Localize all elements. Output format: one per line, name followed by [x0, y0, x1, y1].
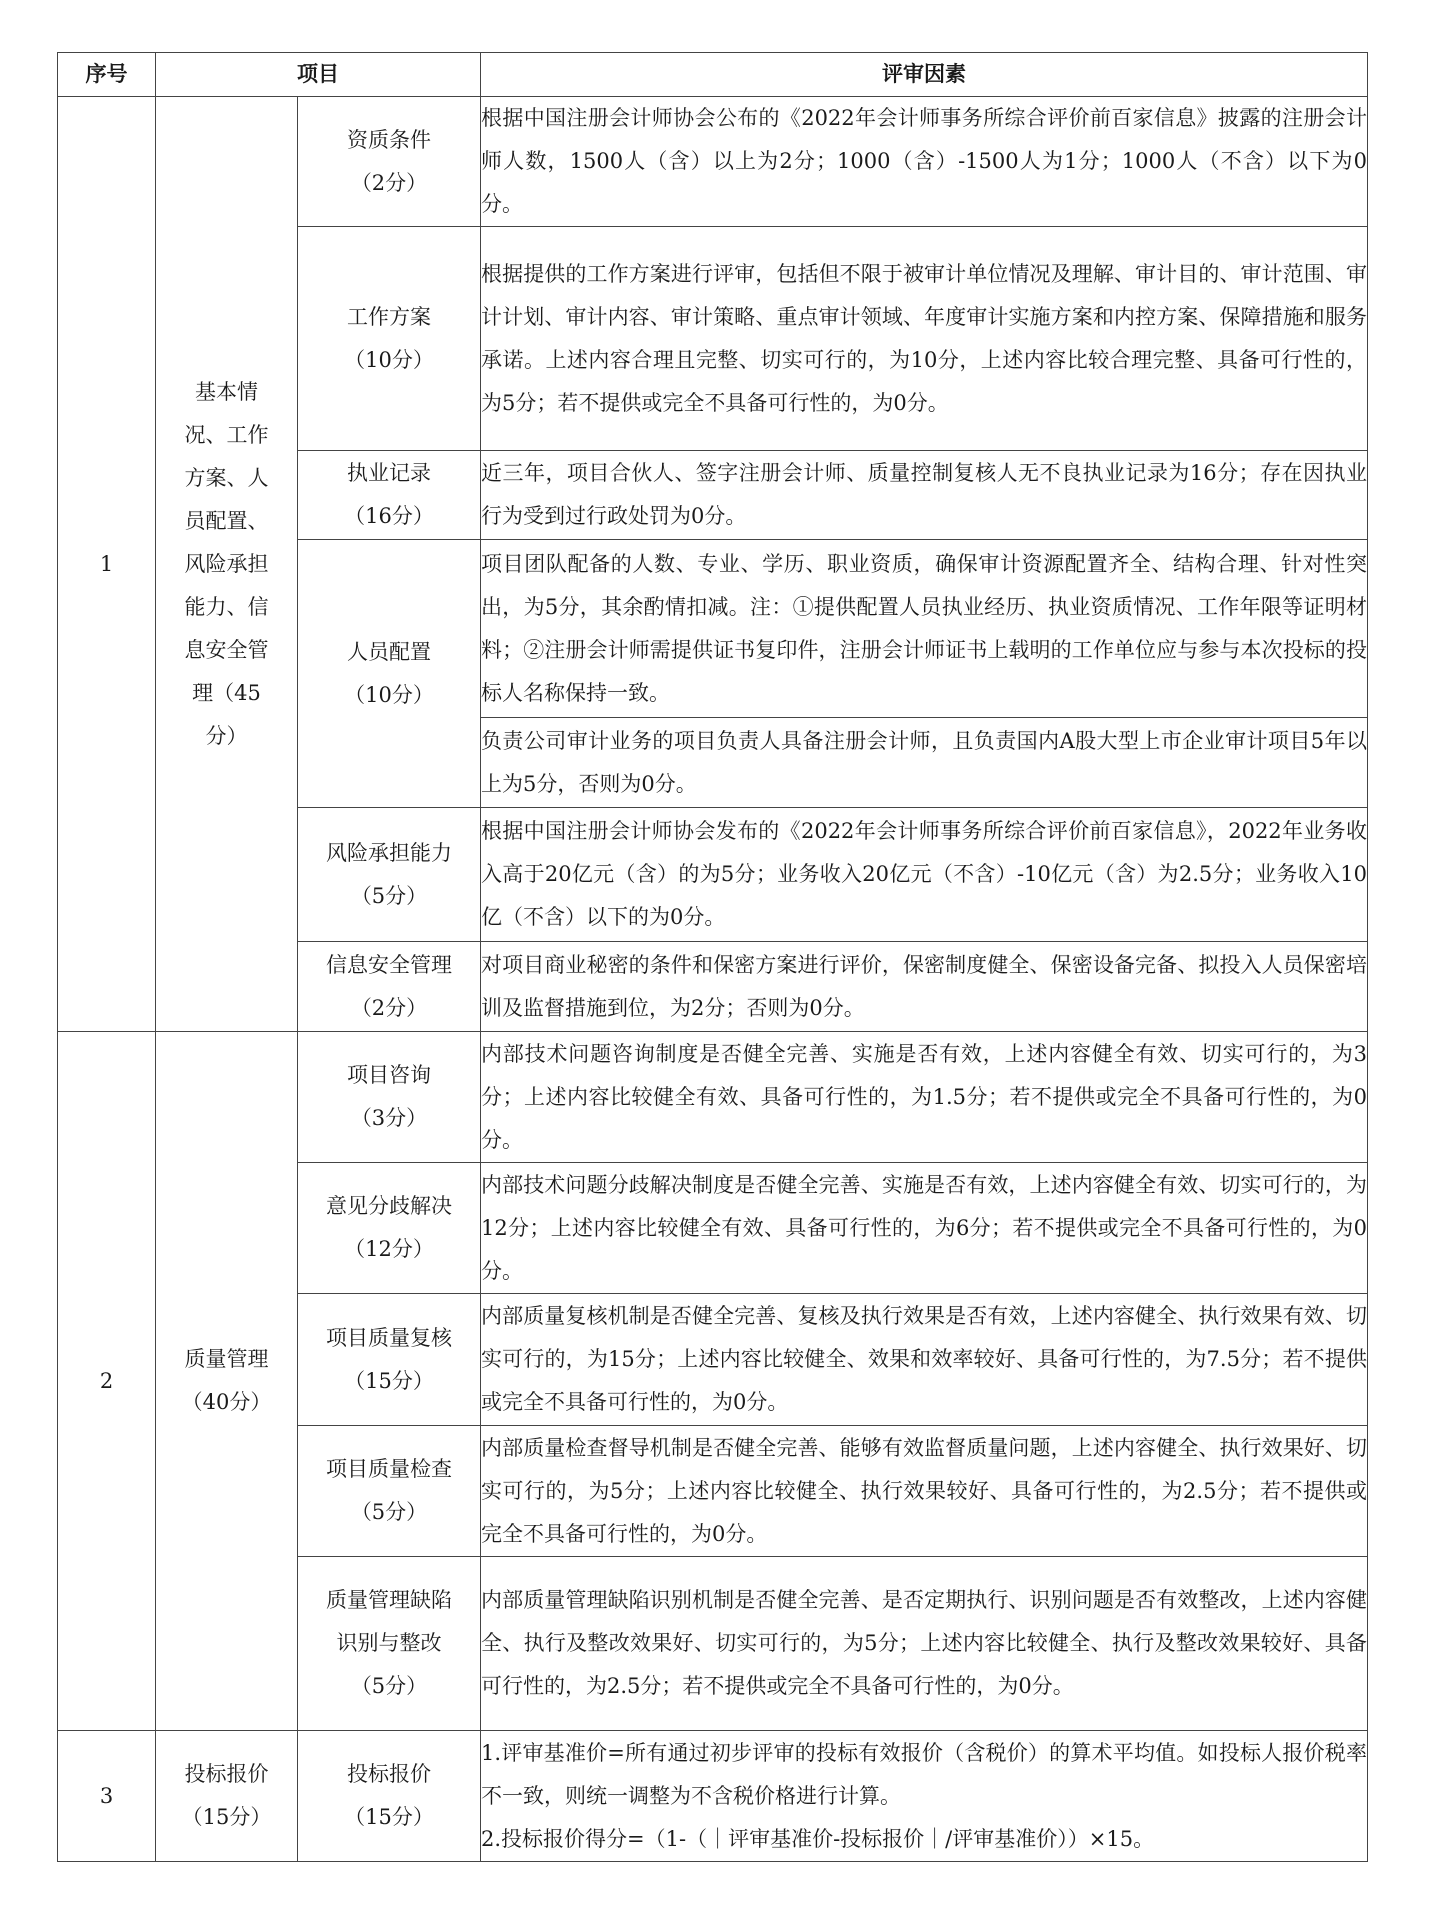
table-row: 3 投标报价 （15分） 投标报价（15分） 1.评审基准价=所有通过初步评审的… [58, 1731, 1368, 1862]
item-name: 项目质量复核（15分） [298, 1294, 481, 1426]
item-name: 风险承担能力（5分） [298, 808, 481, 942]
item-criteria: 内部质量复核机制是否健全完善、复核及执行效果是否有效，上述内容健全、执行效果有效… [481, 1294, 1368, 1426]
group-category: 质量管理 （40分） [156, 1032, 298, 1731]
item-criteria: 对项目商业秘密的条件和保密方案进行评价，保密制度健全、保密设备完备、拟投入人员保… [481, 942, 1368, 1032]
item-name: 项目质量检查（5分） [298, 1426, 481, 1557]
item-criteria: 负责公司审计业务的项目负责人具备注册会计师，且负责国内A股大型上市企业审计项目5… [481, 718, 1368, 808]
item-name: 执业记录（16分） [298, 451, 481, 540]
table-row: 2 质量管理 （40分） 项目咨询（3分） 内部技术问题咨询制度是否健全完善、实… [58, 1032, 1368, 1163]
item-name: 工作方案（10分） [298, 227, 481, 451]
item-name: 信息安全管理（2分） [298, 942, 481, 1032]
item-criteria: 内部技术问题分歧解决制度是否健全完善、实施是否有效，上述内容健全有效、切实可行的… [481, 1163, 1368, 1294]
item-criteria: 根据提供的工作方案进行评审，包括但不限于被审计单位情况及理解、审计目的、审计范围… [481, 227, 1368, 451]
item-criteria: 近三年，项目合伙人、签字注册会计师、质量控制复核人无不良执业记录为16分；存在因… [481, 451, 1368, 540]
group-category: 基本情 况、工作 方案、人 员配置、 风险承担 能力、信 息安全管 理（45 分… [156, 97, 298, 1032]
table-row: 1 基本情 况、工作 方案、人 员配置、 风险承担 能力、信 息安全管 理（45… [58, 97, 1368, 227]
header-item: 项目 [156, 53, 481, 97]
group-number: 3 [58, 1731, 156, 1862]
item-criteria: 内部质量管理缺陷识别机制是否健全完善、是否定期执行、识别问题是否有效整改，上述内… [481, 1557, 1368, 1731]
group-number: 2 [58, 1032, 156, 1731]
header-no: 序号 [58, 53, 156, 97]
item-criteria: 内部质量检查督导机制是否健全完善、能够有效监督质量问题，上述内容健全、执行效果好… [481, 1426, 1368, 1557]
item-name: 项目咨询（3分） [298, 1032, 481, 1163]
item-name: 质量管理缺陷识别与整改（5分） [298, 1557, 481, 1731]
header-row: 序号 项目 评审因素 [58, 53, 1368, 97]
item-name: 人员配置（10分） [298, 540, 481, 808]
item-criteria: 内部技术问题咨询制度是否健全完善、实施是否有效，上述内容健全有效、切实可行的，为… [481, 1032, 1368, 1163]
item-criteria: 1.评审基准价=所有通过初步评审的投标有效报价（含税价）的算术平均值。如投标人报… [481, 1731, 1368, 1862]
item-criteria: 项目团队配备的人数、专业、学历、职业资质，确保审计资源配置齐全、结构合理、针对性… [481, 540, 1368, 718]
item-name: 意见分歧解决（12分） [298, 1163, 481, 1294]
group-number: 1 [58, 97, 156, 1032]
header-criteria: 评审因素 [481, 53, 1368, 97]
item-criteria: 根据中国注册会计师协会公布的《2022年会计师事务所综合评价前百家信息》披露的注… [481, 97, 1368, 227]
item-name: 投标报价（15分） [298, 1731, 481, 1862]
group-category: 投标报价 （15分） [156, 1731, 298, 1862]
item-criteria: 根据中国注册会计师协会发布的《2022年会计师事务所综合评价前百家信息》，202… [481, 808, 1368, 942]
item-name: 资质条件（2分） [298, 97, 481, 227]
scoring-table: 序号 项目 评审因素 1 基本情 况、工作 方案、人 员配置、 风险承担 能力、… [57, 52, 1368, 1862]
